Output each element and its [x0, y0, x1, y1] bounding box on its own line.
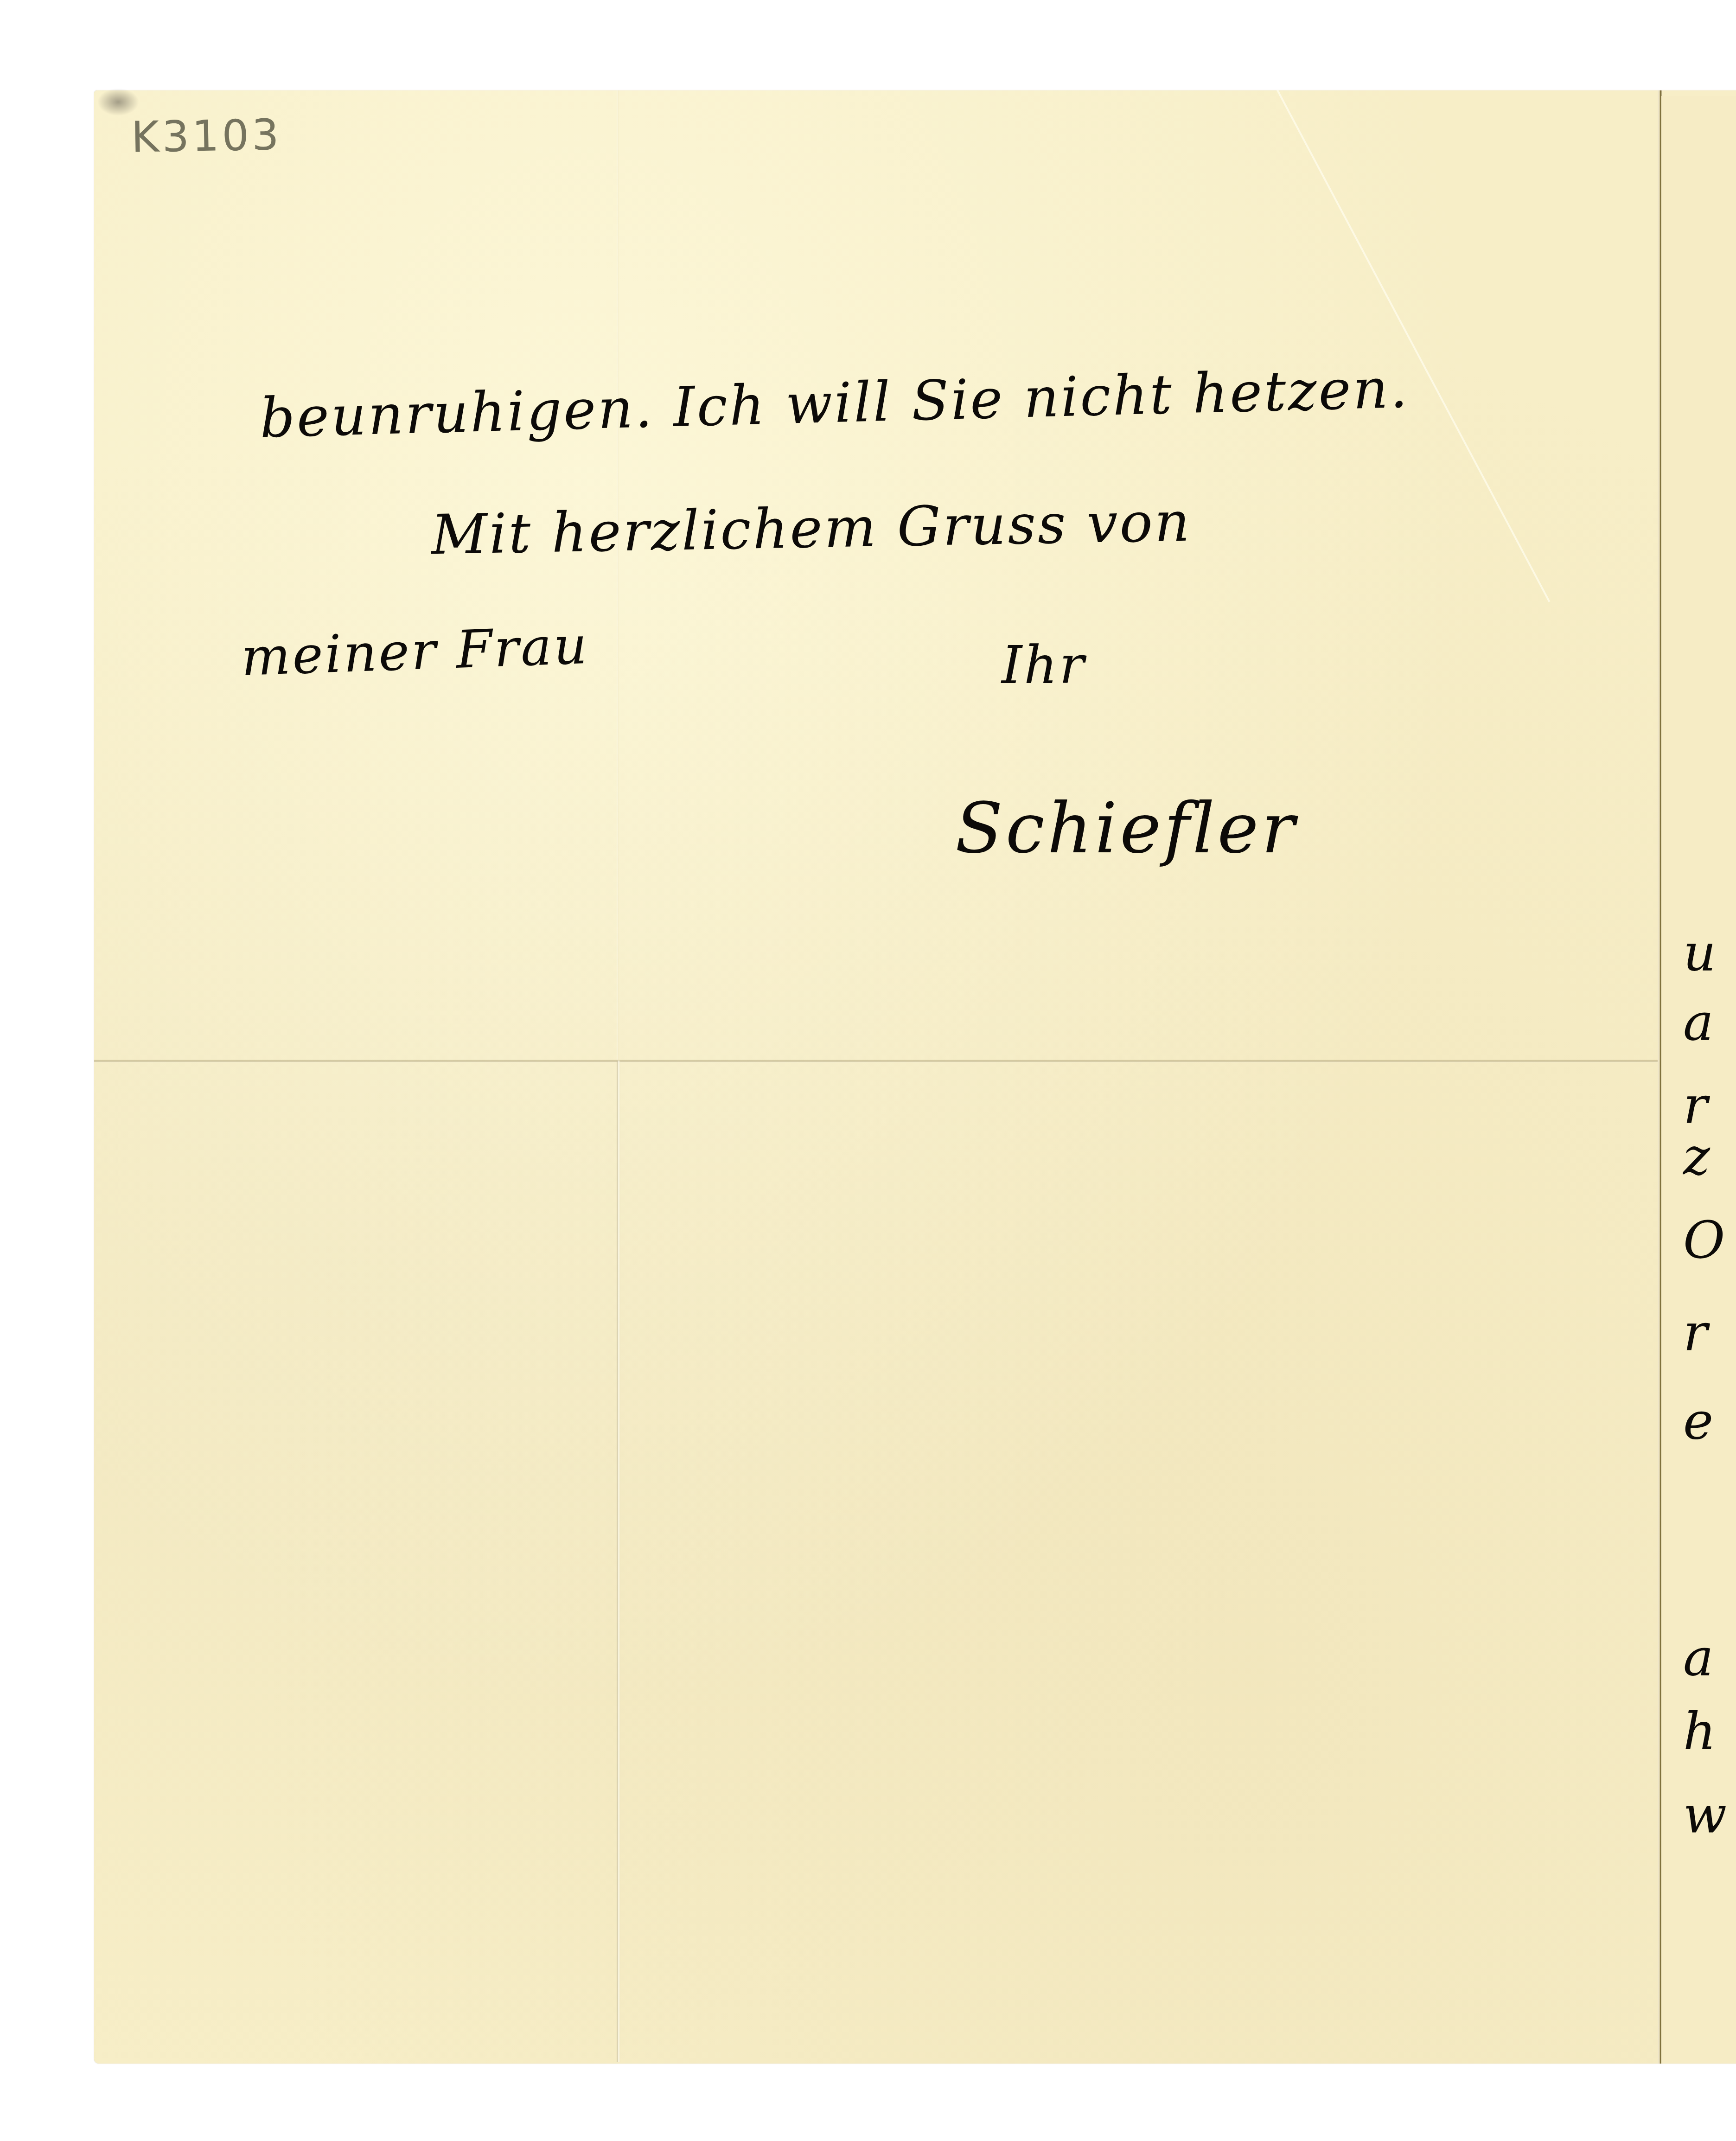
fragment-glyph: r	[1683, 1076, 1708, 1135]
fragment-glyph: e	[1683, 1391, 1713, 1451]
fragment-glyph: r	[1683, 1303, 1708, 1362]
signature: Schiefler	[955, 788, 1297, 869]
letter-closing: Ihr	[1002, 635, 1086, 696]
fragment-glyph: O	[1683, 1210, 1725, 1270]
fragment-glyph: a	[1683, 992, 1714, 1052]
vertical-crease-upper	[617, 90, 619, 1060]
fragment-glyph: u	[1683, 923, 1716, 982]
fragment-glyph: w	[1683, 1785, 1727, 1845]
horizontal-fold	[94, 1060, 1660, 1062]
fragment-glyph: h	[1683, 1702, 1716, 1761]
fragment-glyph: a	[1683, 1628, 1714, 1687]
pencil-smudge	[97, 88, 139, 116]
letter-line-3: meiner Frau	[240, 615, 590, 688]
vertical-fold	[617, 1061, 620, 2062]
archive-number-label: K3103	[131, 110, 282, 162]
fragment-glyph: z	[1683, 1127, 1710, 1186]
letter-line-2: Mit herzlichem Gruss von	[431, 490, 1192, 567]
diagonal-crease	[1276, 89, 1550, 602]
